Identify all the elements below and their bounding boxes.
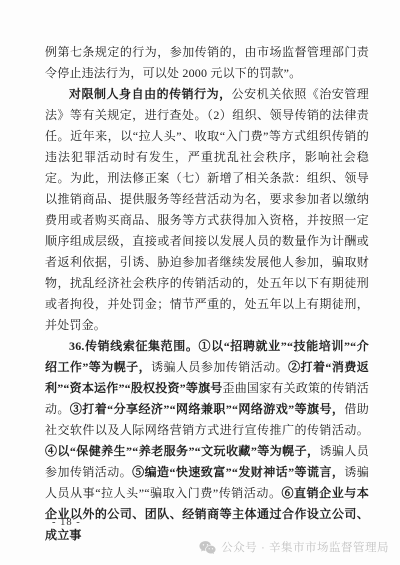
- text-run: ⑤编造“快速致富”“发财神话”等谎言，: [132, 465, 344, 479]
- text-run: 例第七条规定的行为，参加传销的，由市场监督管理部门责令停止违法行为，可以处 20…: [45, 45, 369, 80]
- wechat-icon: [199, 540, 216, 555]
- paragraph: 36.传销线索征集范围。①以“招聘就业”“技能培训”“介绍工作”等为幌子，诱骗人…: [45, 336, 369, 546]
- document-body: 例第七条规定的行为，参加传销的，由市场监督管理部门责令停止违法行为，可以处 20…: [45, 42, 369, 546]
- text-run: 公安机关依照《治安管理法》等有关规定，进行查处。（2）组织、领导传销的法律责任。…: [45, 87, 369, 332]
- page-number: - 18 -: [52, 517, 81, 528]
- text-run: 诱骗人员参加传销活动。: [151, 360, 288, 374]
- scanned-document-page: 例第七条规定的行为，参加传销的，由市场监督管理部门责令停止违法行为，可以处 20…: [0, 0, 400, 565]
- watermark-text: 公众号 · 辛集市市场监督管理局: [221, 539, 389, 555]
- paragraph: 例第七条规定的行为，参加传销的，由市场监督管理部门责令停止违法行为，可以处 20…: [45, 42, 369, 84]
- text-run: 对限制人身自由的传销行为，: [69, 87, 232, 101]
- text-run: ③打着“分享经济”“网络兼职”“网络游戏”等旗号，: [70, 402, 344, 416]
- official-account-watermark: 公众号 · 辛集市市场监督管理局: [199, 539, 389, 555]
- text-run: ④以“保健养生”“养老服务”“文玩收藏”等为幌子，: [45, 444, 319, 458]
- paragraph: 对限制人身自由的传销行为，公安机关依照《治安管理法》等有关规定，进行查处。（2）…: [45, 84, 369, 336]
